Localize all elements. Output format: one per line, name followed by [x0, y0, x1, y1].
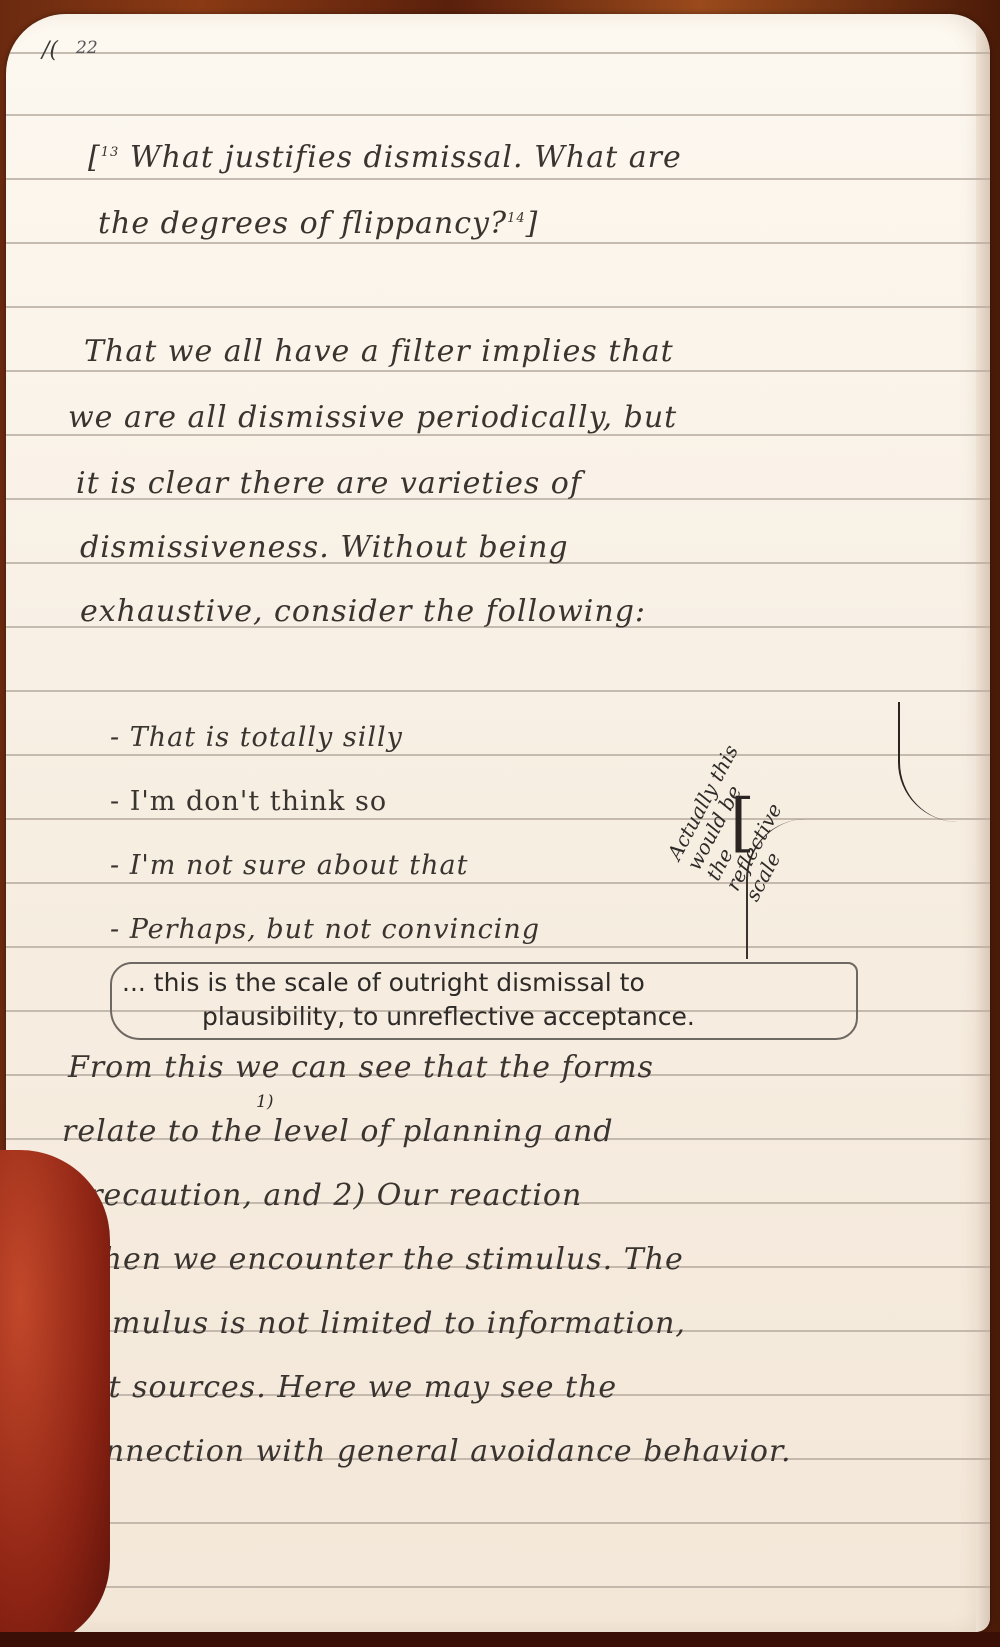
boxed-note-line-2: plausibility, to unreflective acceptance… [202, 1002, 695, 1031]
list-item: - Perhaps, but not convincing [110, 914, 540, 945]
boxed-note-line-1: ... this is the scale of outright dismis… [122, 968, 645, 997]
rule-line [6, 1522, 990, 1524]
endnote-mark: 14 [507, 211, 526, 226]
rule-line [6, 946, 990, 948]
quote-text-1: What justifies dismissal. What are [130, 140, 682, 175]
margin-note: Actually this would be the reflective sc… [663, 703, 875, 924]
quote-text-2: the degrees of flippancy? [98, 206, 507, 241]
quote-line-1: [13 What justifies dismissal. What are [88, 140, 682, 175]
paragraph1-line: exhaustive, consider the following: [80, 594, 646, 629]
paragraph1-line: That we all have a filter implies that [84, 334, 674, 369]
paragraph1-line: dismissiveness. Without being [80, 530, 569, 565]
paragraph2-line: connection with general avoidance behavi… [68, 1434, 792, 1469]
rule-line [6, 370, 990, 372]
table-surface-edge [0, 1632, 1000, 1647]
quote-line-2: the degrees of flippancy?14] [98, 206, 538, 241]
paragraph2-line: precaution, and 2) Our reaction [68, 1178, 582, 1213]
paragraph2-line: From this we can see that the forms [68, 1050, 654, 1085]
notebook-page: /( 22 [13 What justifies dismissal. What… [6, 14, 990, 1632]
rule-line [6, 882, 990, 884]
list-item: - That is totally silly [110, 722, 403, 753]
rule-line [6, 1586, 990, 1588]
open-bracket: [ [88, 140, 101, 175]
paragraph1-line: we are all dismissive periodically, but [68, 400, 677, 435]
close-bracket: ] [526, 206, 539, 241]
rule-line [6, 178, 990, 180]
rule-line [6, 306, 990, 308]
boxed-note: ... this is the scale of outright dismis… [110, 962, 858, 1040]
list-item: - I'm not sure about that [110, 850, 468, 881]
rule-line [6, 114, 990, 116]
margin-connector-arc [898, 702, 960, 822]
paragraph2-line: stimulus is not limited to information, [72, 1306, 686, 1341]
paragraph1-line: it is clear there are varieties of [76, 466, 582, 501]
footnote-mark: 13 [101, 145, 120, 160]
page-spine-edge [976, 14, 990, 1632]
insert-mark: 1) [256, 1092, 273, 1112]
thumb-holding-page [0, 1150, 110, 1647]
rule-line [6, 690, 990, 692]
paragraph2-line: when we encounter the stimulus. The [76, 1242, 684, 1277]
list-item: - I'm don't think so [110, 786, 387, 817]
paragraph2-line: but sources. Here we may see the [68, 1370, 617, 1405]
rule-line [6, 52, 990, 54]
paragraph2-line: relate to the level of planning and [62, 1114, 614, 1149]
corner-mark: /( [42, 38, 58, 63]
rule-line [6, 242, 990, 244]
page-number: 22 [76, 38, 98, 58]
